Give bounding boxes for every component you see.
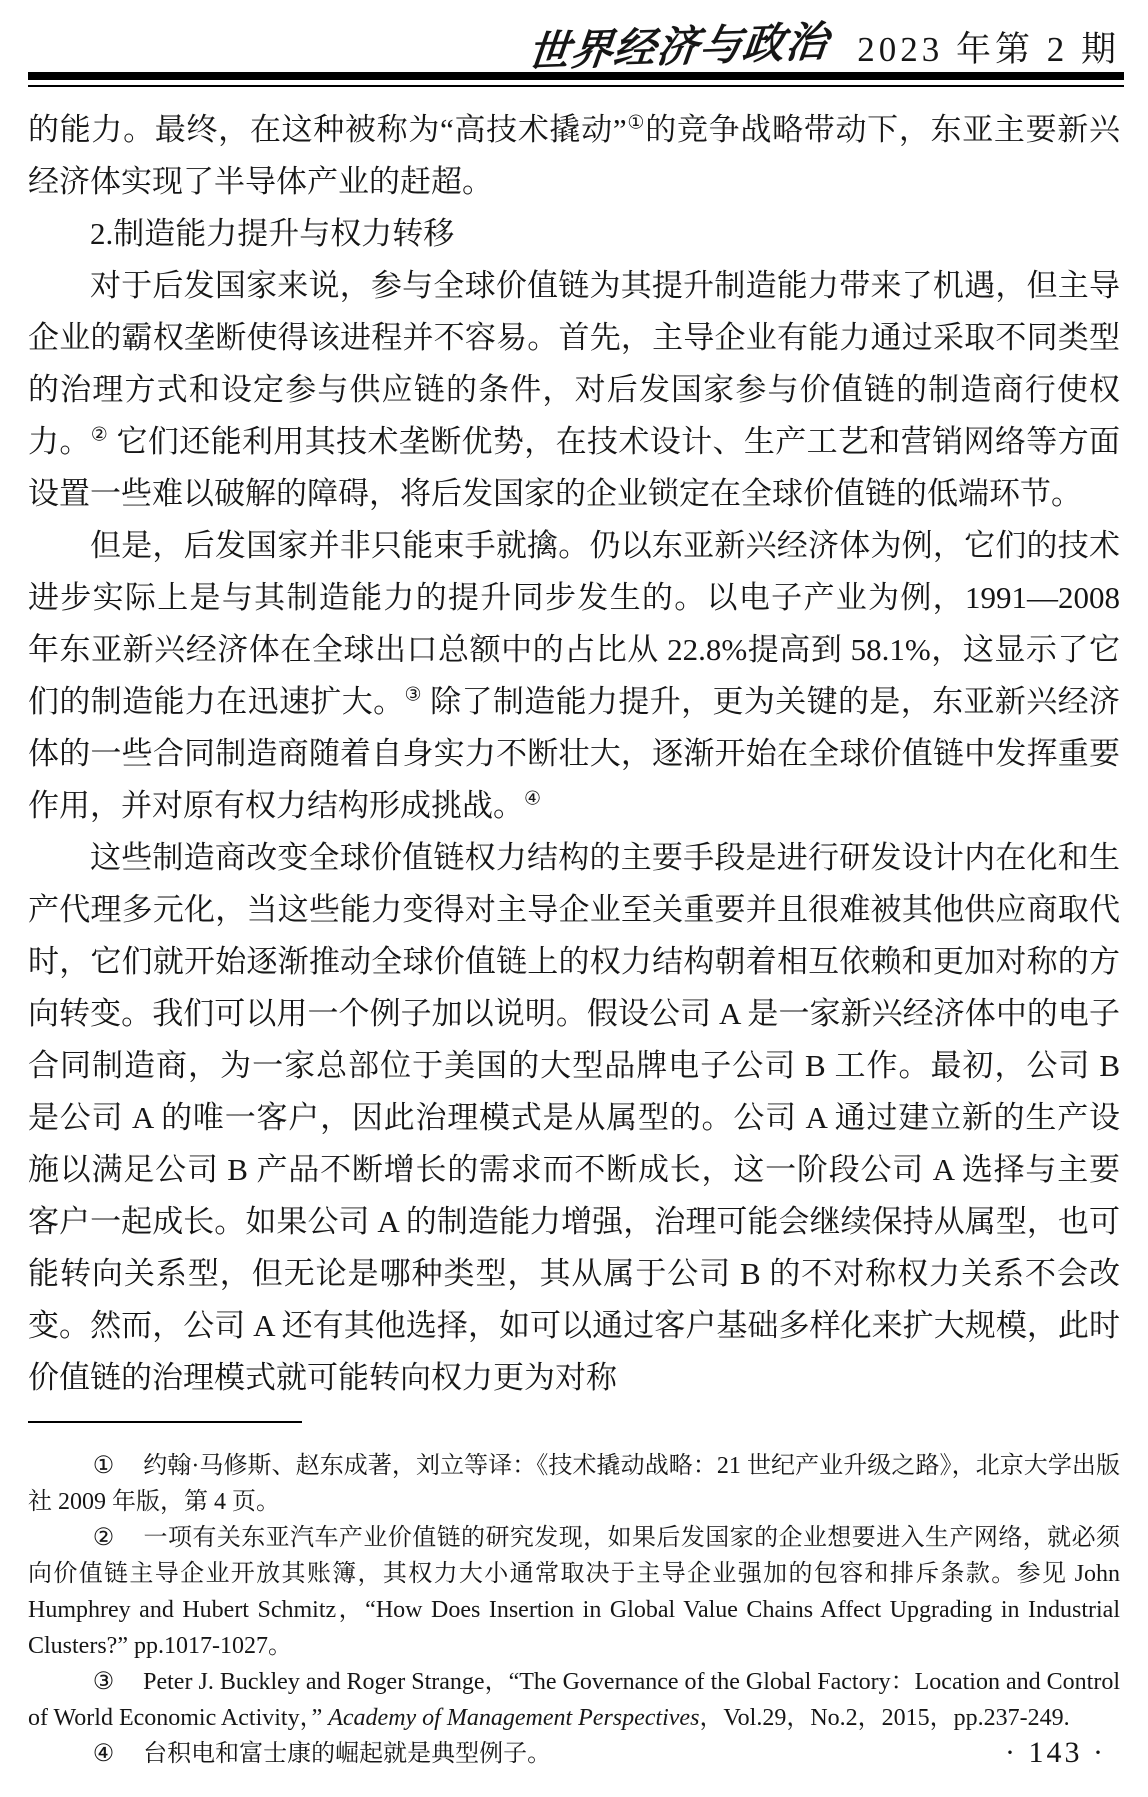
footnote-item: ①约翰·马修斯、赵东成著，刘立等译：《技术撬动战略：21 世纪产业升级之路》，北… <box>28 1448 1120 1520</box>
issue-label: 2023 年第 2 期 <box>857 22 1120 72</box>
text-run: 这些制造商改变全球价值链权力结构的主要手段是进行研发设计内在化和生产代理多元化，… <box>28 840 1120 1395</box>
section-heading: 2.制造能力提升与权力转移 <box>28 208 1120 260</box>
text-run: 台积电和富士康的崛起就是典型例子。 <box>143 1741 551 1767</box>
footnote-ref: ② <box>91 425 109 446</box>
text-run: 的能力。最终，在这种被称为“高技术撬动” <box>28 112 627 147</box>
footnote-marker: ① <box>93 1453 115 1479</box>
footnote-ref: ③ <box>404 685 422 706</box>
footnote-item: ③Peter J. Buckley and Roger Strange，“The… <box>28 1664 1120 1736</box>
footnote-separator <box>28 1421 302 1423</box>
text-run: Academy of Management Perspectives <box>328 1705 699 1731</box>
footnote-marker: ② <box>93 1525 115 1551</box>
footnote-marker: ③ <box>93 1669 115 1695</box>
page-number: · 143 · <box>1005 1736 1106 1770</box>
journal-page: 世界经济与政治 2023 年第 2 期 的能力。最终，在这种被称为“高技术撬动”… <box>0 0 1148 1797</box>
body-paragraph: 但是，后发国家并非只能束手就擒。仍以东亚新兴经济体为例，它们的技术进步实际上是与… <box>28 520 1120 832</box>
footnote-item: ②一项有关东亚汽车产业价值链的研究发现，如果后发国家的企业想要进入生产网络，就必… <box>28 1520 1120 1664</box>
text-run: 一项有关东亚汽车产业价值链的研究发现，如果后发国家的企业想要进入生产网络，就必须… <box>28 1525 1120 1659</box>
header-rule-thin <box>28 85 1124 87</box>
text-run: 2.制造能力提升与权力转移 <box>90 216 454 251</box>
footnote-ref: ④ <box>524 789 541 810</box>
page-header: 世界经济与政治 2023 年第 2 期 <box>28 14 1120 74</box>
text-run: 它们还能利用其技术垄断优势，在技术设计、生产工艺和营销网络等方面设置一些难以破解… <box>28 424 1120 511</box>
text-run: ，Vol.29，No.2，2015，pp.237-249. <box>699 1705 1069 1731</box>
footnote-marker: ④ <box>93 1741 115 1767</box>
article-body: 的能力。最终，在这种被称为“高技术撬动”①的竞争战略带动下，东亚主要新兴经济体实… <box>28 104 1120 1404</box>
footnotes-section: ①约翰·马修斯、赵东成著，刘立等译：《技术撬动战略：21 世纪产业升级之路》，北… <box>28 1448 1120 1772</box>
body-paragraph: 这些制造商改变全球价值链权力结构的主要手段是进行研发设计内在化和生产代理多元化，… <box>28 832 1120 1404</box>
text-run: 约翰·马修斯、赵东成著，刘立等译：《技术撬动战略：21 世纪产业升级之路》，北京… <box>28 1453 1120 1515</box>
journal-logo: 世界经济与政治 <box>525 9 832 80</box>
footnote-item: ④台积电和富士康的崛起就是典型例子。 <box>28 1736 1120 1772</box>
body-paragraph: 的能力。最终，在这种被称为“高技术撬动”①的竞争战略带动下，东亚主要新兴经济体实… <box>28 104 1120 208</box>
footnote-ref: ① <box>627 113 646 134</box>
header-rule-thick <box>28 72 1124 80</box>
body-paragraph: 对于后发国家来说，参与全球价值链为其提升制造能力带来了机遇，但主导企业的霸权垄断… <box>28 260 1120 520</box>
